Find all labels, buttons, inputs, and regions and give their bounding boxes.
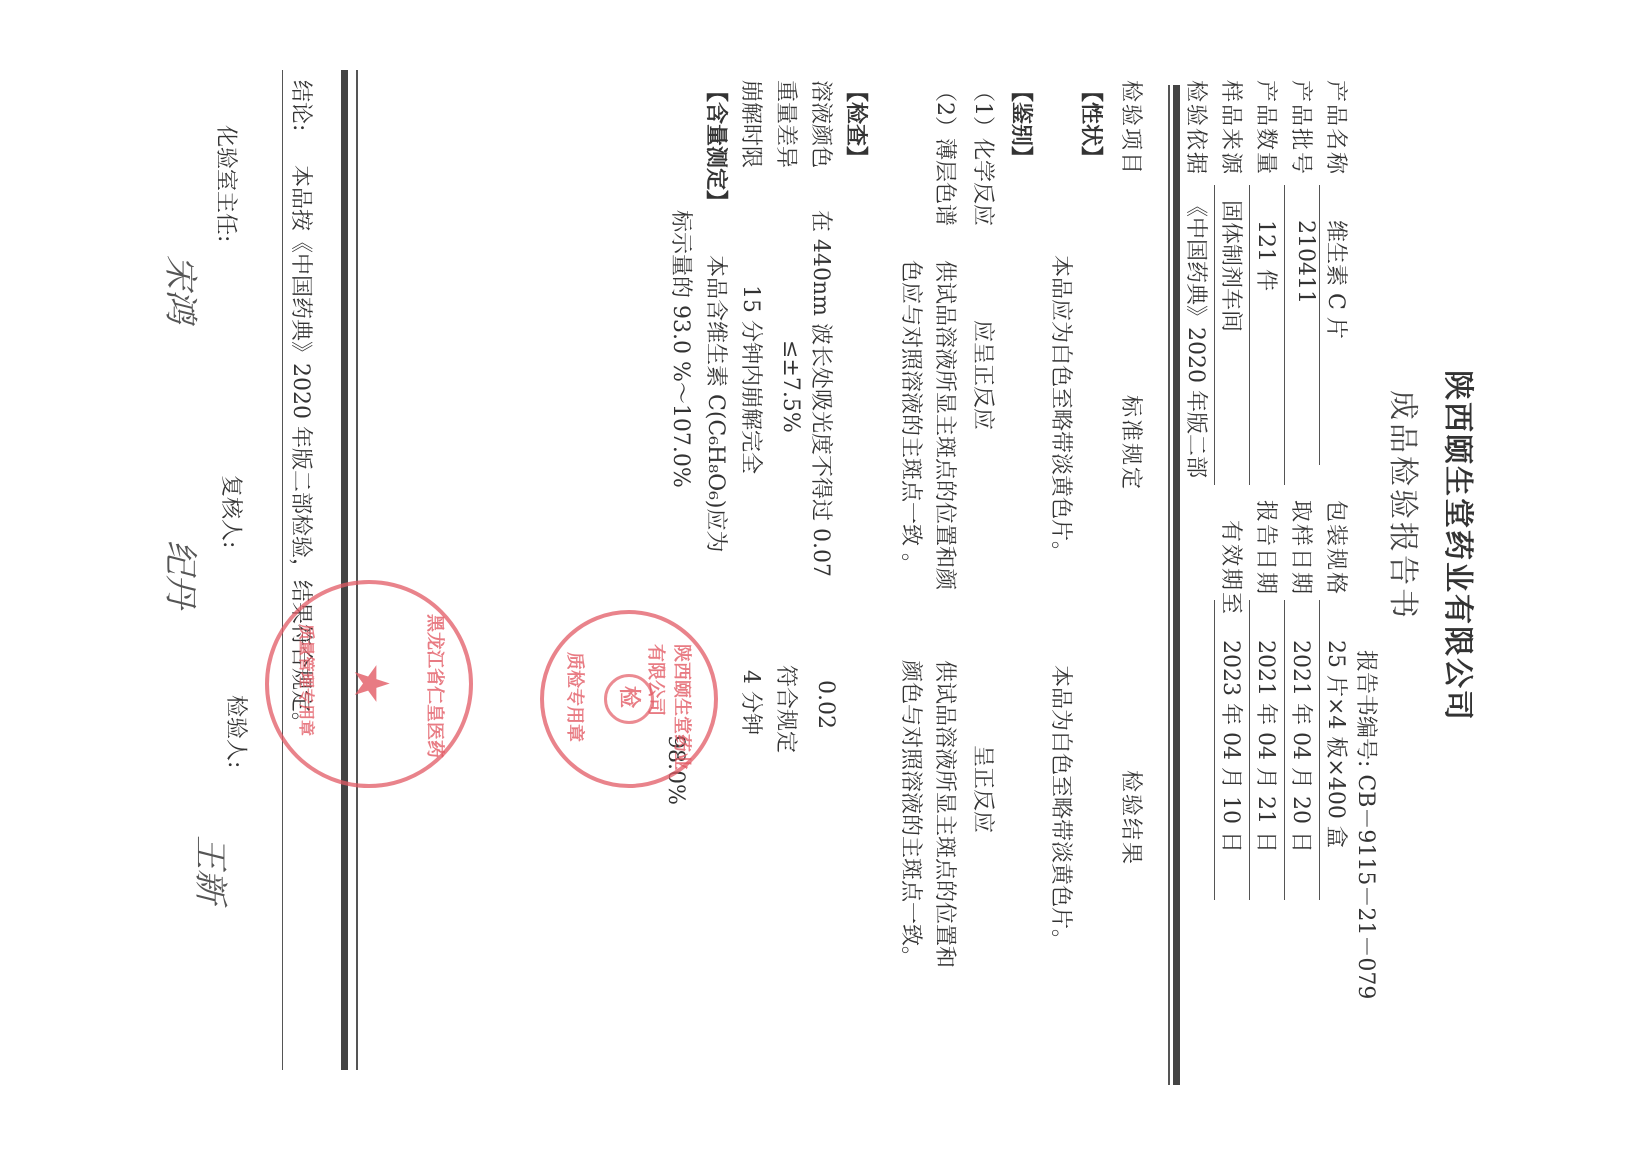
info-value: 2021 年 04 月 20 日: [1287, 640, 1318, 853]
info-label: 产品数量: [1252, 80, 1283, 176]
info-value: 2023 年 04 月 10 日: [1217, 640, 1248, 853]
column-header-item: 检验项目: [1117, 80, 1148, 176]
reviewer-label: 复核人:: [217, 475, 248, 548]
report-title: 成品检验报告书: [1384, 390, 1428, 621]
hospital-stamp: 黑龙江省仁皇医药 ★ 质量管理专用章: [265, 580, 473, 788]
qa-stamp: 陕西颐生堂药业有限公司 检 质检专用章: [540, 610, 718, 788]
info-label: 报告日期: [1252, 500, 1283, 596]
reviewer-signature: 纪丹: [159, 540, 208, 608]
info-value: 210411: [1293, 220, 1318, 304]
info-label: 取样日期: [1287, 500, 1318, 596]
info-value: 《中国药典》2020 年版二部: [1182, 195, 1213, 478]
report-number-label: 报告书编号:: [1353, 650, 1378, 767]
info-label: 包装规格: [1322, 500, 1353, 596]
lab-director-signature: 宋鸿: [159, 255, 208, 323]
table-top-border: [1173, 85, 1180, 1085]
report-number: 报告书编号: CB－9115－21－079: [1352, 650, 1383, 999]
info-value: 121 件: [1252, 220, 1283, 291]
info-label: 产品批号: [1287, 80, 1318, 176]
inspector-label: 检验人:: [222, 695, 253, 768]
conclusion-label: 结论:: [287, 80, 318, 131]
info-label: 样品来源: [1217, 80, 1248, 176]
info-label: 产品名称: [1322, 80, 1353, 176]
column-header-standard: 标准规定: [1117, 395, 1148, 491]
info-value: 固体制剂车间: [1217, 200, 1248, 332]
column-header-result: 检验结果: [1117, 770, 1148, 866]
company-name: 陕西颐生堂药业有限公司: [1439, 370, 1483, 722]
info-value: 2021 年 04 月 21 日: [1252, 640, 1283, 853]
lab-director-label: 化验室主任:: [212, 125, 243, 242]
info-value: 25 片×4 板×400 盒: [1322, 640, 1353, 848]
inspector-signature: 王新: [189, 835, 238, 903]
inspection-report-page: 陕西颐生堂药业有限公司 成品检验报告书 报告书编号: CB－9115－21－07…: [0, 0, 1638, 1158]
info-label: 有效期至: [1217, 520, 1248, 616]
star-icon: ★: [343, 662, 399, 705]
report-number-value: CB－9115－21－079: [1353, 774, 1378, 999]
info-value: 维生素 C 片: [1322, 220, 1353, 339]
table-bottom-border: [341, 70, 348, 1070]
info-label: 检验依据: [1182, 80, 1213, 176]
